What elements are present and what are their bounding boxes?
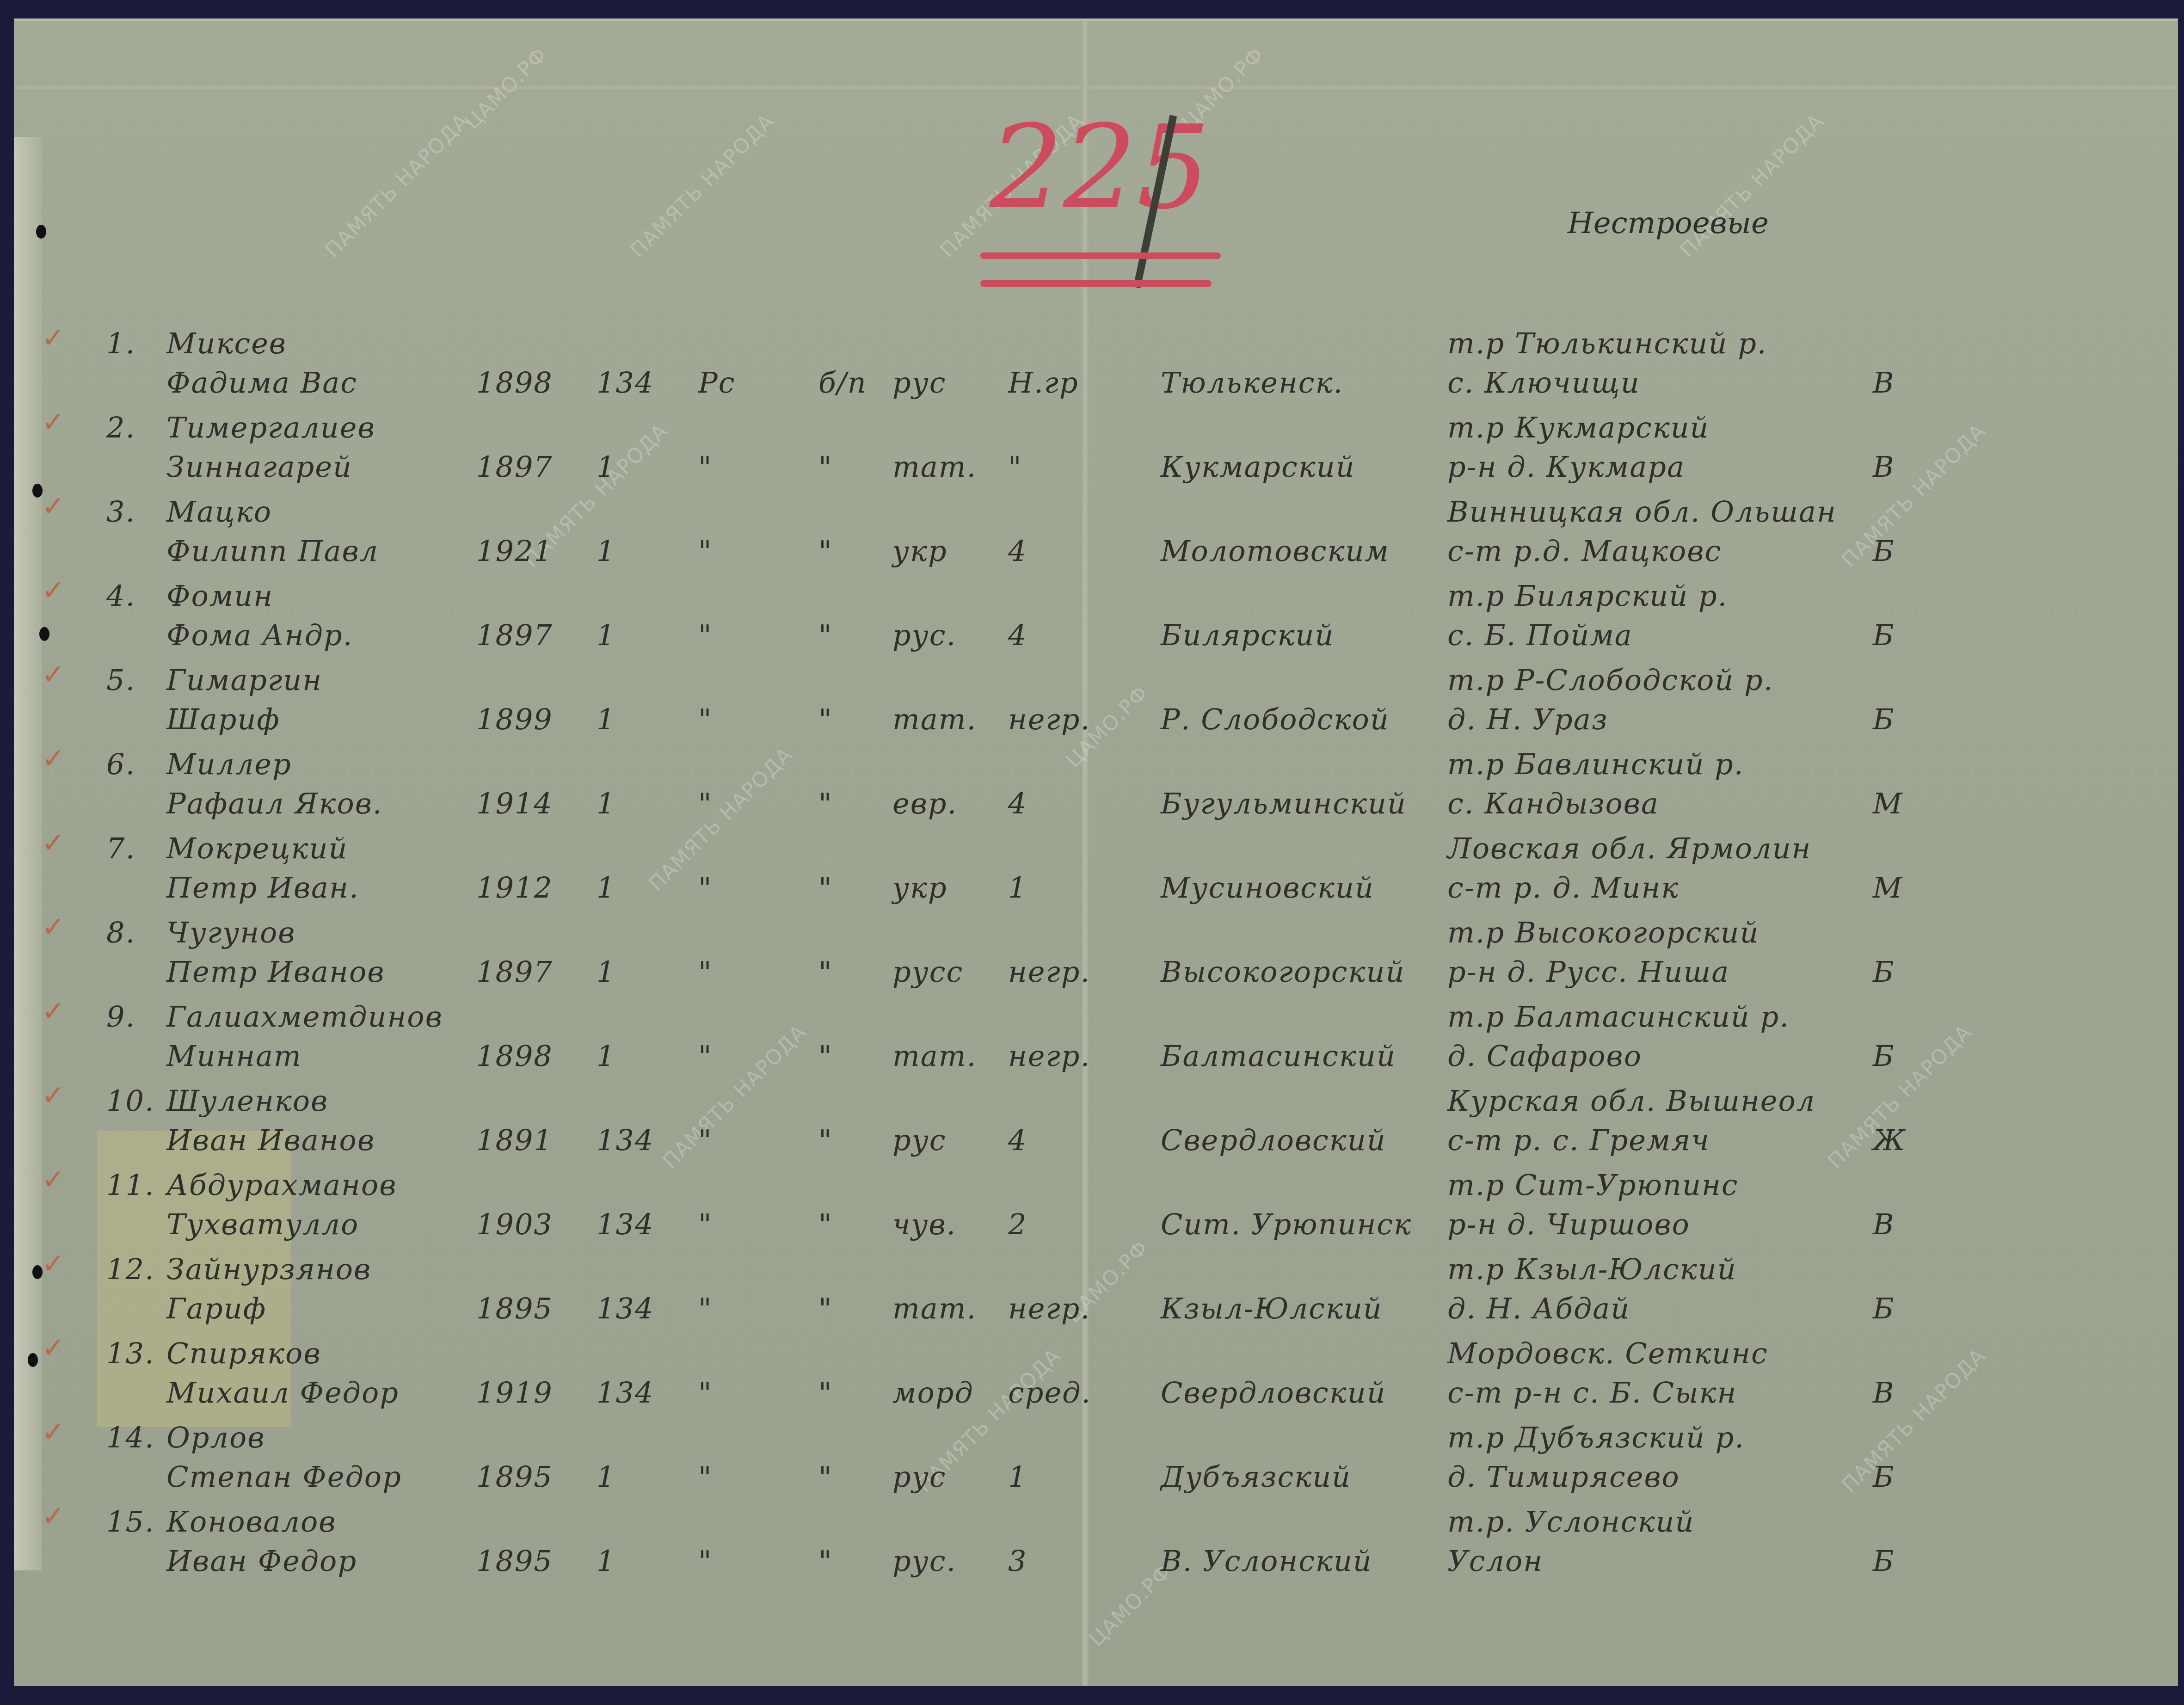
cell-cat: Б <box>1873 1039 1895 1073</box>
cell-c3: " <box>818 702 833 736</box>
row-number: 6. <box>106 747 135 781</box>
cell-c2: " <box>698 1207 713 1241</box>
surname: Шуленков <box>166 1084 328 1118</box>
cell-c1: 1 <box>597 618 615 652</box>
cell-addr1: т.р Кукмарский <box>1447 411 1710 444</box>
given-name: Петр Иван. <box>166 871 359 905</box>
cell-cat: Б <box>1873 1460 1895 1494</box>
cell-district: Балтасинский <box>1161 1039 1396 1073</box>
cell-addr1: т.р Дубъязский р. <box>1447 1421 1745 1454</box>
cell-c1: 1 <box>597 1039 615 1073</box>
check-mark-icon: ✓ <box>42 406 65 438</box>
cell-c4: негр. <box>1008 702 1090 736</box>
given-name: Петр Иванов <box>166 955 385 989</box>
cell-c1: 1 <box>597 534 615 568</box>
cell-addr1: т.р Сит-Урюпинс <box>1447 1168 1739 1202</box>
given-name: Фома Андр. <box>166 618 353 652</box>
cell-cat: В <box>1873 450 1895 484</box>
cell-district: Кукмарский <box>1161 450 1355 484</box>
cell-c3: " <box>818 787 833 820</box>
cell-addr1: т.р. Услонский <box>1447 1505 1694 1539</box>
cell-c1: 134 <box>597 1123 654 1157</box>
cell-c3: " <box>818 871 833 905</box>
watermark: ПАМЯТЬ НАРОДА <box>658 1020 811 1173</box>
cell-addr2: р-н д. Кукмара <box>1447 450 1685 484</box>
given-name: Зиннагарей <box>166 450 352 484</box>
surname: Мацко <box>166 495 272 529</box>
row-number: 4. <box>106 579 135 613</box>
row-number: 12. <box>106 1252 155 1286</box>
cell-c1: 1 <box>597 1544 615 1578</box>
cell-c3: " <box>818 1292 833 1325</box>
cell-c2: " <box>698 787 713 820</box>
cell-year: 1898 <box>476 366 553 400</box>
cell-addr2: р-н д. Русс. Ниша <box>1447 955 1729 989</box>
binding-hole <box>28 1353 38 1367</box>
folio-underline <box>980 280 1212 287</box>
cell-addr1: Винницкая обл. Ольшан <box>1447 495 1837 529</box>
cell-year: 1919 <box>476 1376 553 1410</box>
cell-cat: Б <box>1873 1292 1895 1325</box>
check-mark-icon: ✓ <box>42 1332 65 1364</box>
binding-hole <box>32 484 43 498</box>
cell-c2: " <box>698 1292 713 1325</box>
check-mark-icon: ✓ <box>42 322 65 354</box>
cell-addr2: Услон <box>1447 1544 1543 1578</box>
cell-c2: " <box>698 534 713 568</box>
check-mark-icon: ✓ <box>42 1079 65 1112</box>
cell-nat: укр <box>892 534 947 568</box>
cell-year: 1899 <box>476 702 553 736</box>
cell-c3: " <box>818 534 833 568</box>
row-number: 14. <box>106 1421 155 1454</box>
cell-addr2: с. Ключищи <box>1447 366 1640 400</box>
cell-addr2: с. Кандызова <box>1447 787 1659 820</box>
cell-c3: " <box>818 1039 833 1073</box>
cell-c2: " <box>698 1123 713 1157</box>
cell-c3: " <box>818 450 833 484</box>
cell-nat: тат. <box>892 702 977 736</box>
cell-addr1: т.р Билярский р. <box>1447 579 1728 613</box>
row-number: 9. <box>106 1000 135 1034</box>
cell-c3: " <box>818 1123 833 1157</box>
cell-year: 1895 <box>476 1544 553 1578</box>
cell-c3: " <box>818 1207 833 1241</box>
cell-addr1: т.р Бавлинский р. <box>1447 747 1744 781</box>
cell-c2: " <box>698 1544 713 1578</box>
cell-nat: морд <box>892 1376 974 1410</box>
check-mark-icon: ✓ <box>42 1248 65 1280</box>
cell-c1: 1 <box>597 787 615 820</box>
cell-c1: 134 <box>597 1207 654 1241</box>
cell-year: 1898 <box>476 1039 553 1073</box>
cell-c4: 3 <box>1008 1544 1027 1578</box>
surname: Мокрецкий <box>166 831 348 865</box>
surname: Галиахметдинов <box>166 1000 443 1034</box>
cell-district: Свердловский <box>1161 1376 1386 1410</box>
cell-year: 1897 <box>476 618 553 652</box>
cell-addr1: Ловская обл. Ярмолин <box>1447 831 1811 865</box>
given-name: Гариф <box>166 1292 266 1325</box>
cell-c2: " <box>698 1039 713 1073</box>
cell-district: Мусиновский <box>1161 871 1374 905</box>
folio-underline <box>980 252 1221 259</box>
cell-addr1: т.р Балтасинский р. <box>1447 1000 1790 1034</box>
cell-c3: " <box>818 618 833 652</box>
cell-c2: " <box>698 702 713 736</box>
given-name: Михаил Федор <box>166 1376 399 1410</box>
cell-cat: В <box>1873 366 1895 400</box>
cell-district: Молотовским <box>1161 534 1390 568</box>
cell-district: Высокогорский <box>1161 955 1405 989</box>
cell-year: 1921 <box>476 534 553 568</box>
cell-c2: " <box>698 450 713 484</box>
cell-c3: " <box>818 955 833 989</box>
cell-district: Тюлькенск. <box>1161 366 1343 400</box>
watermark: ПАМЯТЬ НАРОДА <box>626 109 779 262</box>
cell-district: Билярский <box>1161 618 1334 652</box>
given-name: Миннат <box>166 1039 302 1073</box>
cell-year: 1895 <box>476 1292 553 1325</box>
cell-c4: 4 <box>1008 534 1027 568</box>
watermark: ПАМЯТЬ НАРОДА <box>320 109 474 262</box>
cell-c1: 1 <box>597 702 615 736</box>
cell-nat: рус <box>892 1123 946 1157</box>
cell-c1: 134 <box>597 1292 654 1325</box>
given-name: Степан Федор <box>166 1460 402 1494</box>
cell-nat: рус <box>892 366 946 400</box>
cell-c3: " <box>818 1376 833 1410</box>
cell-c4: сред. <box>1008 1376 1091 1410</box>
check-mark-icon: ✓ <box>42 574 65 607</box>
check-mark-icon: ✓ <box>42 1416 65 1448</box>
cell-c2: " <box>698 618 713 652</box>
surname: Миксев <box>166 326 287 360</box>
cell-c2: " <box>698 871 713 905</box>
cell-addr1: т.р Кзыл-Юлский <box>1447 1252 1737 1286</box>
cell-year: 1912 <box>476 871 553 905</box>
document-page: ЦАМО.РФ ЦАМО.РФ ПАМЯТЬ НАРОДА ПАМЯТЬ НАР… <box>14 18 2178 1686</box>
surname: Зайнурзянов <box>166 1252 371 1286</box>
row-number: 11. <box>106 1168 155 1202</box>
row-number: 5. <box>106 663 135 697</box>
cell-c2: " <box>698 1460 713 1494</box>
cell-c2: " <box>698 1376 713 1410</box>
cell-addr1: Мордовск. Сеткинс <box>1447 1336 1768 1370</box>
cell-addr2: с. Б. Пойма <box>1447 618 1633 652</box>
cell-cat: Б <box>1873 1544 1895 1578</box>
binding-hole <box>36 225 46 239</box>
row-number: 8. <box>106 916 135 949</box>
row-number: 7. <box>106 831 135 865</box>
check-mark-icon: ✓ <box>42 490 65 523</box>
cell-nat: рус. <box>892 1544 956 1578</box>
cell-c1: 1 <box>597 450 615 484</box>
cell-addr2: с-т р. с. Гремяч <box>1447 1123 1710 1157</box>
check-mark-icon: ✓ <box>42 827 65 859</box>
watermark: ПАМЯТЬ НАРОДА <box>1837 1344 1990 1497</box>
cell-district: Бугульминский <box>1161 787 1407 820</box>
check-mark-icon: ✓ <box>42 1163 65 1196</box>
cell-addr2: с-т р-н с. Б. Сыкн <box>1447 1376 1737 1410</box>
surname: Фомин <box>166 579 273 613</box>
cell-c4: 4 <box>1008 787 1027 820</box>
cell-c4: 4 <box>1008 618 1027 652</box>
cell-c2: Рс <box>698 366 735 400</box>
cell-year: 1914 <box>476 787 553 820</box>
cell-cat: Б <box>1873 702 1895 736</box>
cell-year: 1891 <box>476 1123 553 1157</box>
cell-nat: тат. <box>892 1292 977 1325</box>
given-name: Иван Федор <box>166 1544 357 1578</box>
cell-addr2: р-н д. Чиршово <box>1447 1207 1690 1241</box>
cell-c4: 1 <box>1008 871 1027 905</box>
given-name: Рафаил Яков. <box>166 787 383 820</box>
cell-c4: " <box>1008 450 1022 484</box>
row-number: 10. <box>106 1084 155 1118</box>
cell-year: 1903 <box>476 1207 553 1241</box>
row-number: 2. <box>106 411 135 444</box>
cell-c4: Н.гр <box>1008 366 1079 400</box>
cell-c1: 134 <box>597 1376 654 1410</box>
horizontal-fold <box>14 86 2178 89</box>
cell-addr2: д. Тимирясево <box>1447 1460 1680 1494</box>
surname: Коновалов <box>166 1505 336 1539</box>
cell-cat: В <box>1873 1376 1895 1410</box>
cell-nat: евр. <box>892 787 957 820</box>
cell-year: 1897 <box>476 450 553 484</box>
row-number: 13. <box>106 1336 155 1370</box>
cell-addr1: т.р Тюлькинский р. <box>1447 326 1767 360</box>
cell-nat: русс <box>892 955 963 989</box>
row-number: 15. <box>106 1505 155 1539</box>
cell-c3: " <box>818 1544 833 1578</box>
cell-nat: тат. <box>892 1039 977 1073</box>
cell-addr1: т.р Р-Слободской р. <box>1447 663 1773 697</box>
cell-c1: 134 <box>597 366 654 400</box>
cell-c1: 1 <box>597 955 615 989</box>
surname: Миллер <box>166 747 292 781</box>
cell-addr2: с-т р.д. Мацковс <box>1447 534 1722 568</box>
cell-cat: Б <box>1873 534 1895 568</box>
surname: Чугунов <box>166 916 295 949</box>
cell-c1: 1 <box>597 1460 615 1494</box>
surname: Абдурахманов <box>166 1168 397 1202</box>
cell-addr1: Курская обл. Вышнеол <box>1447 1084 1815 1118</box>
cell-district: Сит. Урюпинск <box>1161 1207 1412 1241</box>
cell-addr2: д. Н. Ураз <box>1447 702 1608 736</box>
cell-addr2: с-т р. д. Минк <box>1447 871 1679 905</box>
cell-nat: укр <box>892 871 947 905</box>
check-mark-icon: ✓ <box>42 1500 65 1533</box>
check-mark-icon: ✓ <box>42 995 65 1028</box>
cell-c4: негр. <box>1008 955 1090 989</box>
given-name: Шариф <box>166 702 280 736</box>
cell-cat: В <box>1873 1207 1895 1241</box>
cell-c3: " <box>818 1460 833 1494</box>
cell-cat: Ж <box>1873 1123 1906 1157</box>
check-mark-icon: ✓ <box>42 911 65 943</box>
cell-c4: 1 <box>1008 1460 1027 1494</box>
cell-cat: М <box>1873 787 1903 820</box>
cell-addr2: д. Н. Абдай <box>1447 1292 1630 1325</box>
cell-nat: рус. <box>892 618 956 652</box>
vertical-fold <box>1082 21 1089 1686</box>
cell-cat: Б <box>1873 618 1895 652</box>
cell-district: В. Услонский <box>1161 1544 1372 1578</box>
cell-c4: 2 <box>1008 1207 1027 1241</box>
surname: Орлов <box>166 1421 265 1454</box>
row-number: 3. <box>106 495 135 529</box>
cell-nat: рус <box>892 1460 946 1494</box>
given-name: Филипп Павл <box>166 534 379 568</box>
binding-edge <box>14 137 42 1570</box>
surname: Гимаргин <box>166 663 322 697</box>
binding-hole <box>32 1265 43 1279</box>
cell-c4: 4 <box>1008 1123 1027 1157</box>
given-name: Иван Иванов <box>166 1123 375 1157</box>
watermark: ПАМЯТЬ НАРОДА <box>644 743 797 896</box>
binding-hole <box>39 627 49 641</box>
check-mark-icon: ✓ <box>42 743 65 775</box>
cell-c4: негр. <box>1008 1292 1090 1325</box>
row-number: 1. <box>106 326 135 360</box>
cell-district: Р. Слободской <box>1161 702 1390 736</box>
cell-cat: М <box>1873 871 1903 905</box>
cell-nat: чув. <box>892 1207 956 1241</box>
surname: Спиряков <box>166 1336 321 1370</box>
cell-c4: негр. <box>1008 1039 1090 1073</box>
cell-district: Свердловский <box>1161 1123 1386 1157</box>
cell-district: Дубъязский <box>1161 1460 1351 1494</box>
cell-cat: Б <box>1873 955 1895 989</box>
cell-c3: б/п <box>818 366 867 400</box>
given-name: Тухватулло <box>166 1207 359 1241</box>
cell-c2: " <box>698 955 713 989</box>
cell-addr1: т.р Высокогорский <box>1447 916 1759 949</box>
cell-c1: 1 <box>597 871 615 905</box>
surname: Тимергалиев <box>166 411 375 444</box>
cell-district: Кзыл-Юлский <box>1161 1292 1383 1325</box>
cell-year: 1895 <box>476 1460 553 1494</box>
given-name: Фадима Вас <box>166 366 357 400</box>
folio-number: 225 <box>990 100 1210 234</box>
watermark: ПАМЯТЬ НАРОДА <box>1837 419 1990 572</box>
cell-year: 1897 <box>476 955 553 989</box>
header-note: Нестроевые <box>1568 206 1769 240</box>
cell-nat: тат. <box>892 450 977 484</box>
check-mark-icon: ✓ <box>42 659 65 691</box>
cell-addr2: д. Сафарово <box>1447 1039 1642 1073</box>
